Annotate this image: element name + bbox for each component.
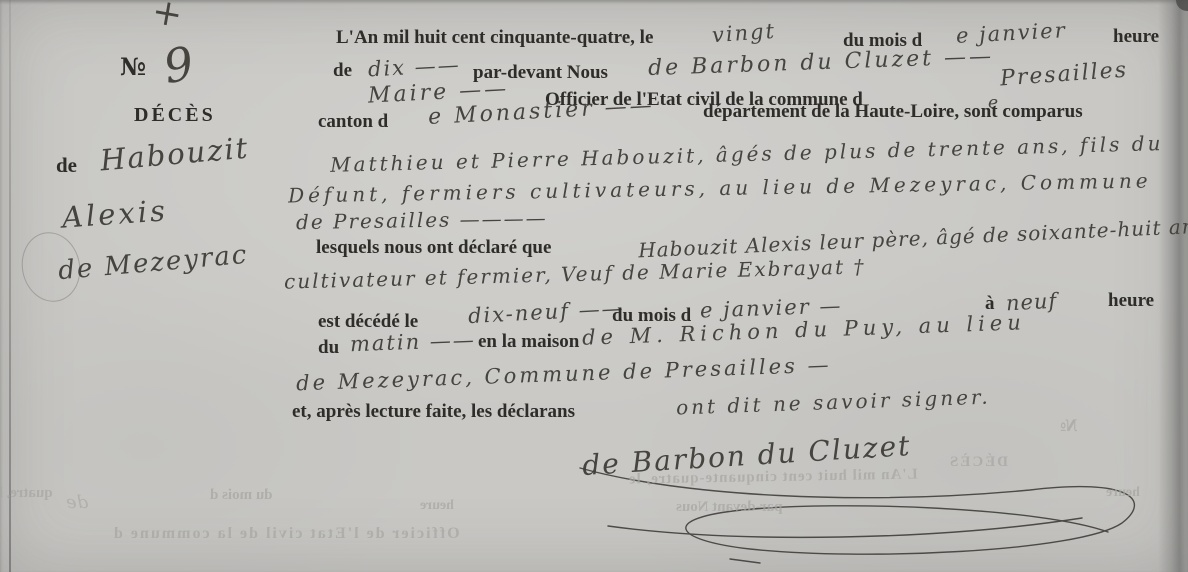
departement-printed: département de la Haute-Loire, sont comp… <box>703 102 1083 121</box>
of-the-printed: du <box>318 338 339 357</box>
act-hour-printed: heure <box>1113 27 1159 46</box>
commune-name-handwritten: Presailles <box>999 60 1128 91</box>
signature-paraph-flourish <box>560 430 1188 572</box>
witnesses-line-2: Défunt, fermiers cultivateurs, au lieu d… <box>288 170 1152 205</box>
hour-word-printed: heure <box>1108 291 1154 310</box>
declared-printed: lesquels nous ont déclaré que <box>316 238 551 257</box>
at-printed: à <box>985 294 995 313</box>
act-month-handwritten: e janvier <box>956 20 1068 47</box>
act-year-printed: L'An mil huit cent cinquante-quatre, le <box>336 28 653 47</box>
record-type-title: DÉCÈS <box>134 105 216 125</box>
deceased-givenname-margin: Alexis <box>61 196 169 232</box>
bleedthrough-before-us: par-devant Nous <box>676 500 783 515</box>
witnesses-line-1: Matthieu et Pierre Habouzit, âgés de plu… <box>330 133 1164 175</box>
death-record-scan: + № 9 DÉCÈS de Habouzit Alexis de Mezeyr… <box>0 0 1188 572</box>
bleedthrough-de-handwritten: de <box>66 494 88 512</box>
margin-cross-mark: + <box>149 0 185 34</box>
margin-of-label: de <box>56 155 77 176</box>
bleedthrough-number-sign: № <box>1060 418 1077 434</box>
bleedthrough-quatre-le: quatre, le <box>0 486 53 501</box>
closing-printed: et, après lecture faite, les déclarans <box>292 402 575 421</box>
died-on-printed: est décédé le <box>318 312 418 331</box>
in-the-house-printed: en la maison <box>478 332 579 351</box>
record-number-value: 9 <box>160 40 197 90</box>
deceased-status-handwritten: cultivateur et fermier, Veuf de Marie Ex… <box>284 256 866 291</box>
bleedthrough-heure-right: heure <box>1106 486 1140 500</box>
witnesses-line-3: de Presailles ———— <box>296 208 548 232</box>
bleedthrough-heure-left: heure <box>420 499 454 513</box>
morning-handwritten: matin —— <box>350 330 476 355</box>
record-number-label: № <box>120 55 146 79</box>
bleedthrough-civil-officer: Officier de l'Etat civil de la commune d <box>112 526 460 542</box>
death-day-handwritten: dix-neuf —— <box>468 298 626 327</box>
hour-de-printed: de <box>333 61 352 80</box>
officer-name-handwritten: de Barbon du Cluzet —— <box>648 46 995 80</box>
deceased-surname-margin: Habouzit <box>99 134 250 176</box>
deceased-place-margin: de Mezeyrac <box>57 242 249 285</box>
bleedthrough-deces-title: DÉCÈS <box>948 455 1008 470</box>
bleedthrough-du-mois: du mois d <box>210 488 273 503</box>
canton-printed: canton d <box>318 112 388 131</box>
death-place-handwritten: de Mezeyrac, Commune de Presailles — <box>296 355 832 395</box>
cannot-sign-handwritten: ont dit ne savoir signer. <box>676 387 991 418</box>
deceased-identity-handwritten: Habouzit Alexis leur père, âgé de soixan… <box>638 216 1188 261</box>
hour-handwritten: dix —— <box>368 55 462 81</box>
act-day-handwritten: vingt <box>711 21 776 46</box>
